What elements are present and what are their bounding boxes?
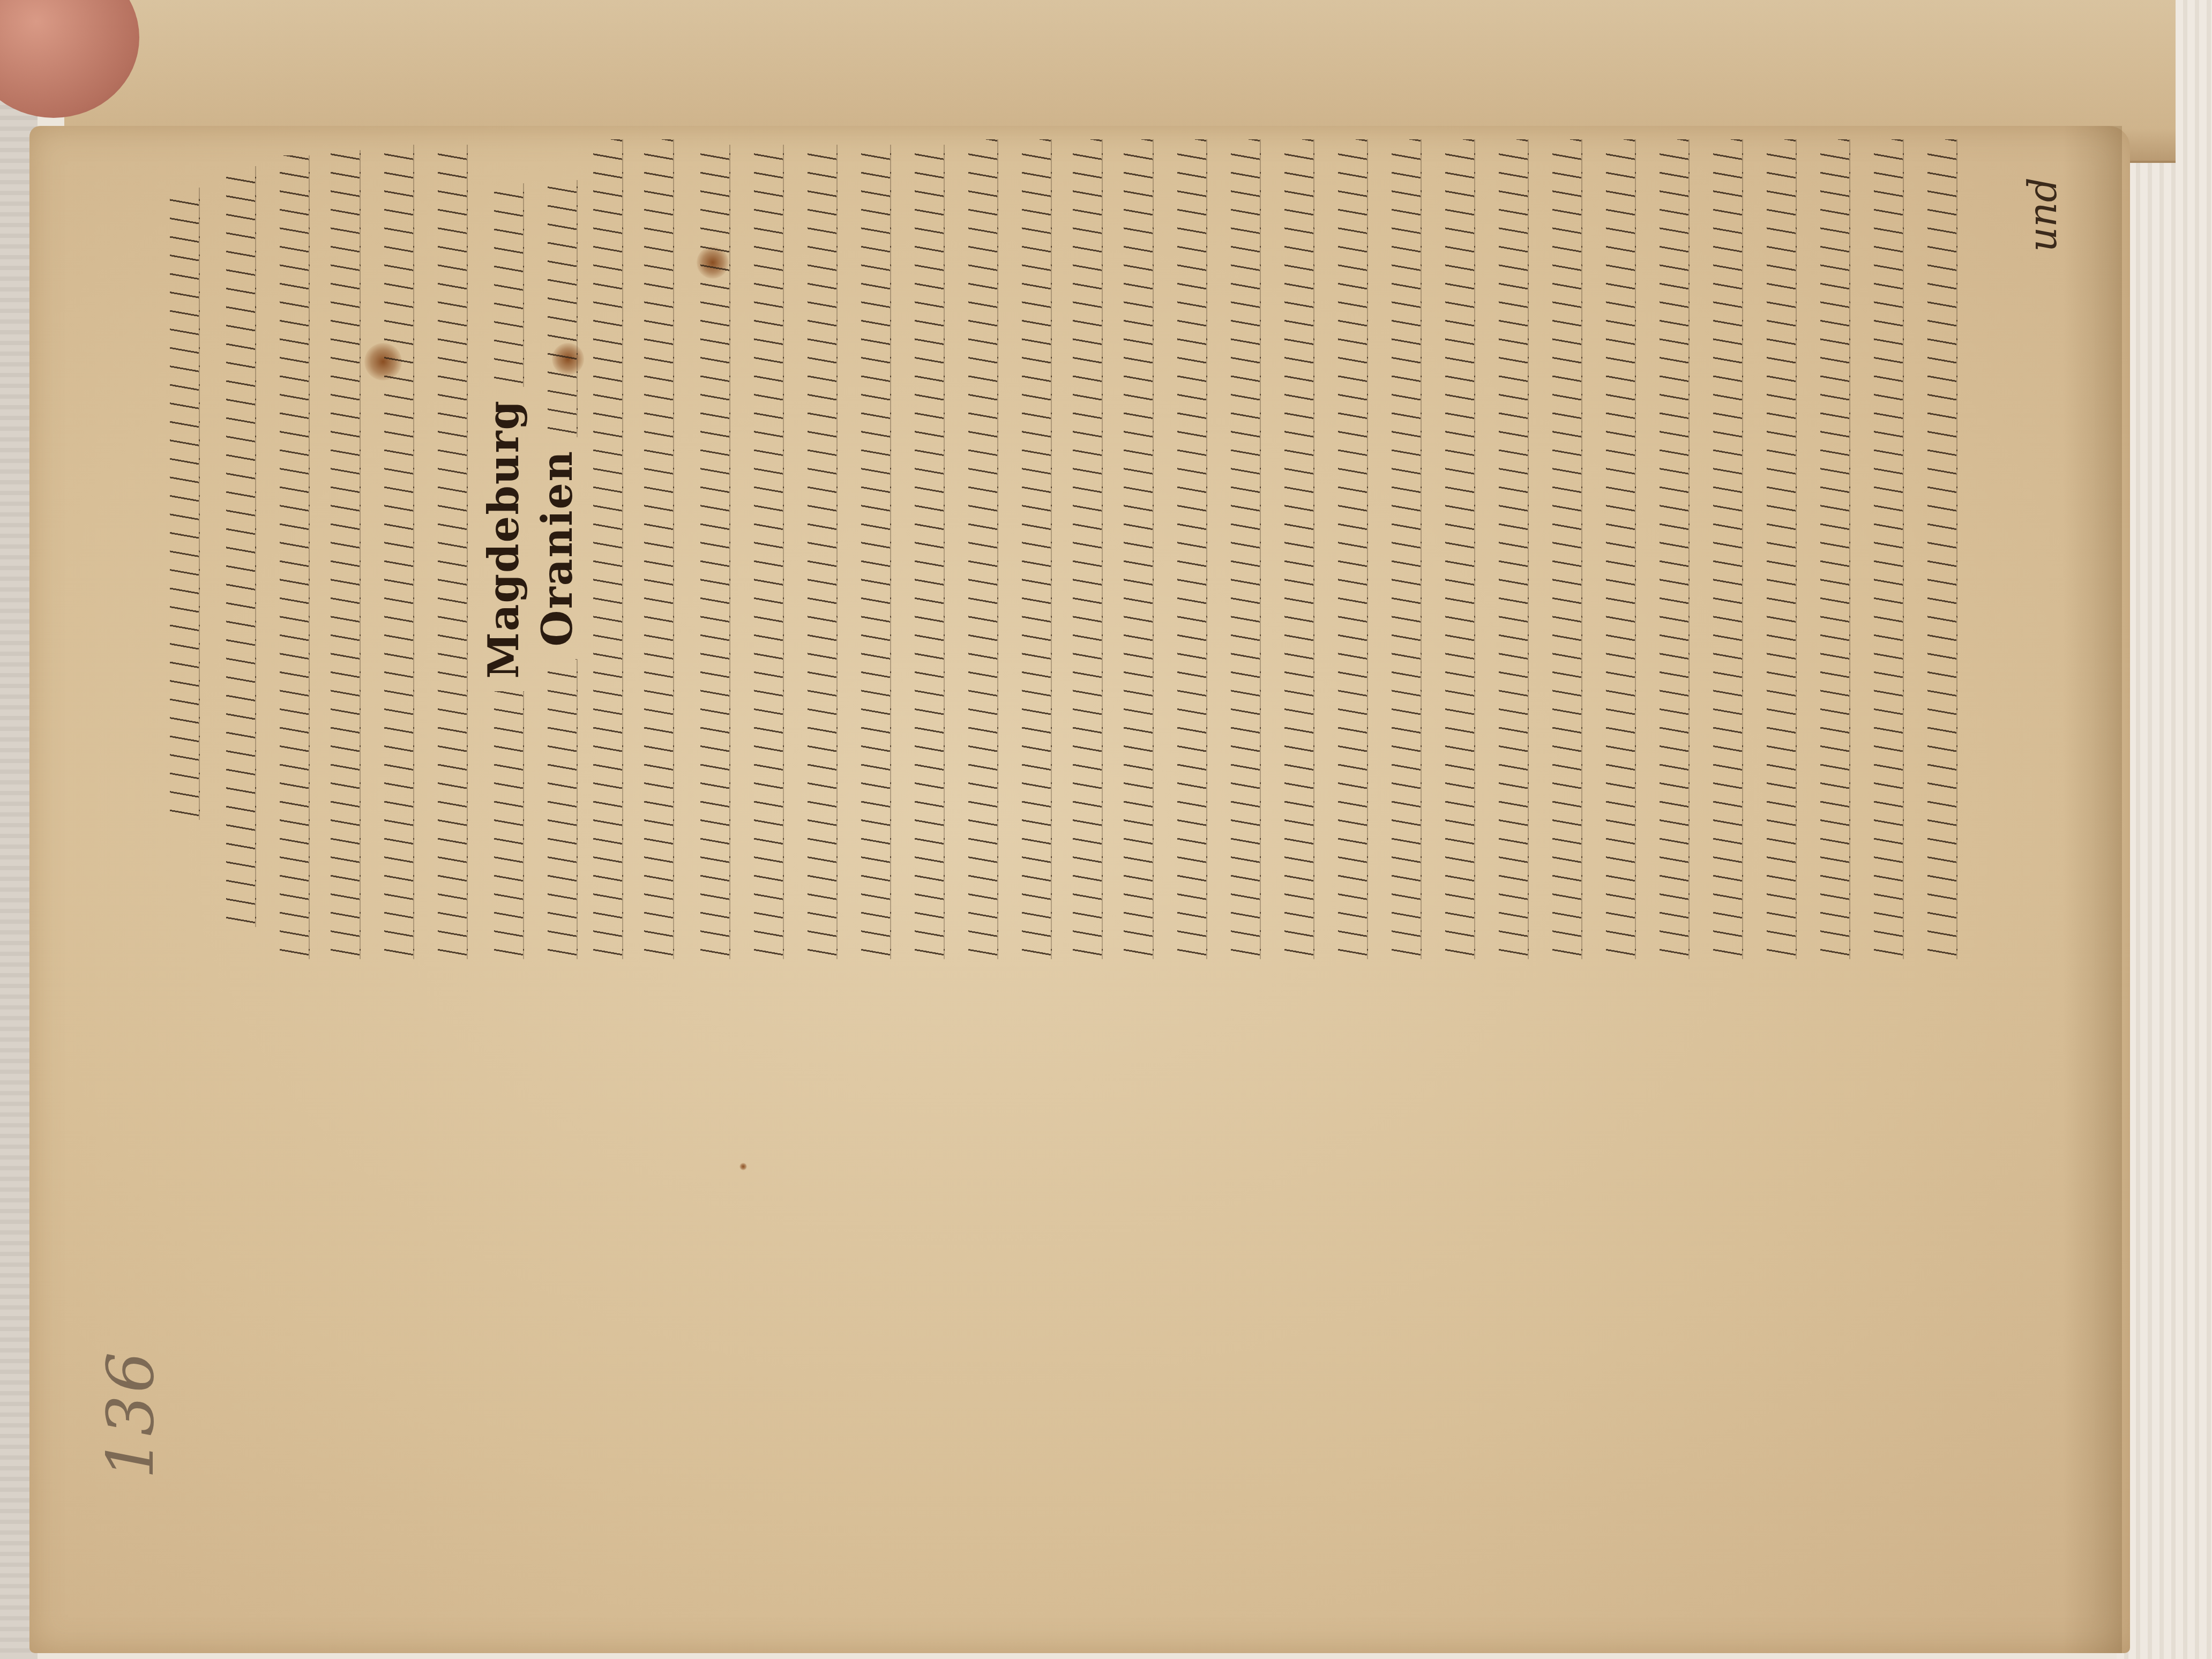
manuscript-line [1436,139,1478,959]
manuscript-line [375,145,417,959]
manuscript-line [161,188,203,820]
manuscript-line [1918,139,1961,959]
page-number: 136 [94,1350,168,1479]
manuscript-line [1013,139,1055,959]
manuscript-line [635,139,677,959]
manuscript-line [1064,139,1106,959]
manuscript-line [852,145,894,959]
manuscript-line [1275,139,1318,959]
manuscript-line [1597,139,1639,959]
manuscript-line [429,145,471,959]
word-magdeburg: Magdeburg [480,400,528,678]
word-oranien: Oranien [533,450,582,646]
manuscript-line [1758,139,1800,959]
manuscript-line [217,166,259,927]
manuscript-line [1490,139,1532,959]
manuscript-line [322,150,364,959]
manuscript-line: Magdeburg [480,183,528,959]
manuscript-line [906,145,948,959]
manuscript-line [1650,139,1693,959]
manuscript-line [1382,139,1425,959]
manuscript-line: Oranien [533,180,582,959]
manuscript-line [798,145,841,959]
manuscript-line [959,139,1002,959]
manuscript-line [584,139,626,959]
manuscript-line [1543,139,1586,959]
manuscript-line [1168,139,1210,959]
manuscript-line [1115,139,1157,959]
page-edge-shadow [2063,126,2122,1653]
manuscript-line [1704,139,1746,959]
manuscript-line [1329,139,1371,959]
manuscript-line [691,145,734,959]
manuscript-line [745,145,787,959]
manuscript-line [1865,139,1907,959]
catchword: und [2020,177,2065,252]
ink-dot [739,1163,747,1170]
manuscript-line [1811,139,1854,959]
manuscript-line [271,155,313,959]
manuscript-line [1222,139,1264,959]
background-cloth-right [2117,0,2212,1659]
